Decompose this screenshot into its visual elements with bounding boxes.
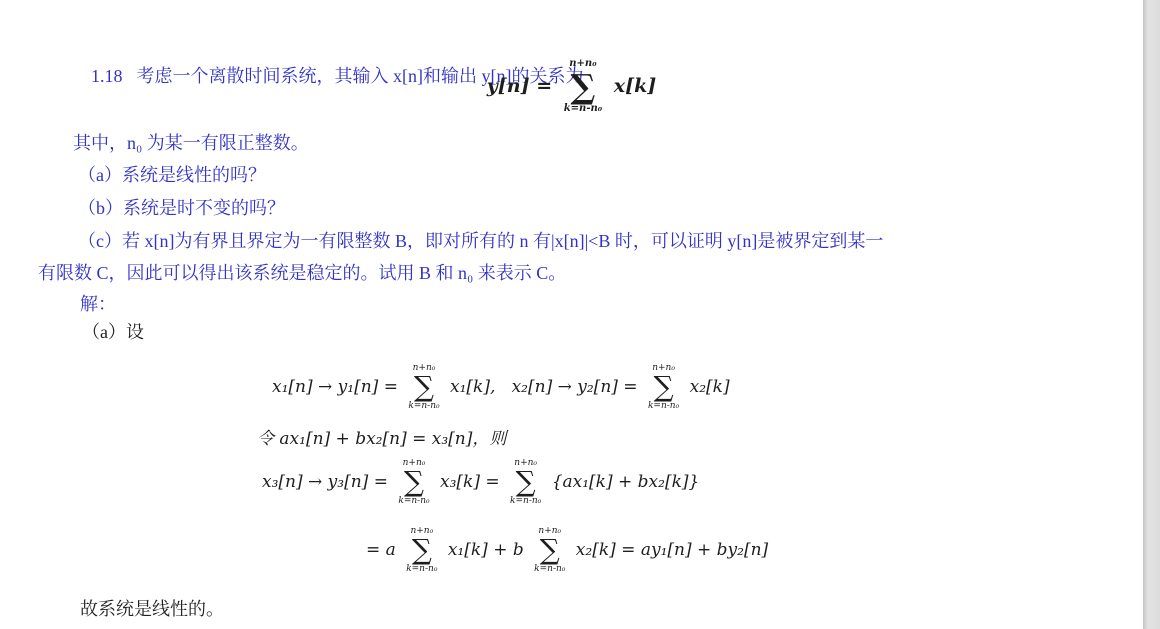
formula-text: x₂[k]	[684, 377, 729, 397]
sigma-glyph: ∑	[412, 536, 432, 564]
summation-symbol: n+n₀∑k=n-n₀	[534, 526, 565, 575]
formula-text: {ax₁[k] + bx₂[k]}	[546, 472, 699, 492]
formula-definition-row: y[n] = n+n₀∑k=n-n₀ x[k]	[0, 58, 1143, 114]
summation-symbol: n+n₀∑k=n-n₀	[408, 363, 439, 412]
summation-symbol: n+n₀∑k=n-n₀	[648, 363, 679, 412]
sum-lower-limit: k=n-n₀	[510, 496, 541, 506]
solution-label: 解：	[80, 292, 116, 316]
solution-conclusion: 故系统是线性的。	[80, 597, 224, 621]
sigma-glyph: ∑	[571, 70, 596, 103]
formula-text: x[k]	[607, 75, 656, 97]
summation-symbol: n+n₀∑k=n-n₀	[398, 458, 429, 507]
solution-step-a-label: （a）设	[82, 320, 144, 344]
formula-text: x₁[k] + b	[442, 540, 529, 560]
sum-lower-limit: k=n-n₀	[406, 564, 437, 574]
formula-text: x₁[n] → y₁[n] =	[272, 377, 403, 397]
document-page: 1.18考虑一个离散时间系统，其输入 x[n]和输出 y[n]的关系为 y[n]…	[0, 0, 1160, 629]
part-b-question: （b）系统是时不变的吗？	[78, 196, 285, 220]
sigma-glyph: ∑	[414, 373, 434, 401]
formula-text: x₁[k], x₂[n] → y₂[n] =	[445, 377, 643, 397]
sum-lower-limit: k=n-n₀	[534, 564, 565, 574]
summation-symbol: n+n₀∑k=n-n₀	[510, 458, 541, 507]
part-c-question-line1: （c）若 x[n]为有界且界定为一有限整数 B，即对所有的 n 有|x[n]|<…	[78, 229, 883, 253]
formula-text: x₃[n] → y₃[n] =	[262, 472, 393, 492]
sigma-glyph: ∑	[654, 373, 674, 401]
sum-lower-limit: k=n-n₀	[648, 401, 679, 411]
summation-symbol: n+n₀∑k=n-n₀	[564, 58, 602, 114]
sigma-glyph: ∑	[404, 468, 424, 496]
sigma-glyph: ∑	[540, 536, 560, 564]
formula-linear-combination: 令 ax₁[n] + bx₂[n] = x₃[n]，则	[257, 424, 506, 449]
sigma-glyph: ∑	[516, 468, 536, 496]
summation-symbol: n+n₀∑k=n-n₀	[406, 526, 437, 575]
formula-response-x3: x₃[n] → y₃[n] = n+n₀∑k=n-n₀ x₃[k] = n+n₀…	[262, 458, 699, 507]
formula-text: = a	[366, 540, 401, 560]
formula-superposition-result: = a n+n₀∑k=n-n₀ x₁[k] + b n+n₀∑k=n-n₀ x₂…	[366, 526, 768, 575]
sum-lower-limit: k=n-n₀	[398, 496, 429, 506]
scrollbar-track[interactable]	[1143, 0, 1160, 629]
part-a-question: （a）系统是线性的吗？	[78, 163, 266, 187]
formula-text: x₃[k] =	[435, 472, 505, 492]
part-c-question-line2: 有限数 C，因此可以得出该系统是稳定的。试用 B 和 n₀ 来表示 C。	[38, 261, 566, 285]
formula-text: 令 ax₁[n] + bx₂[n] = x₃[n]，则	[257, 424, 506, 449]
sum-lower-limit: k=n-n₀	[408, 401, 439, 411]
given-condition-text: 其中，n₀ 为某一有限正整数。	[73, 131, 309, 155]
formula-text: x₂[k] = ay₁[n] + by₂[n]	[570, 540, 768, 560]
sum-lower-limit: k=n-n₀	[564, 103, 602, 115]
formula-text: y[n] =	[487, 75, 559, 97]
formula-linearity-setup: x₁[n] → y₁[n] = n+n₀∑k=n-n₀ x₁[k], x₂[n]…	[272, 363, 730, 412]
formula-system-definition: y[n] = n+n₀∑k=n-n₀ x[k]	[487, 58, 656, 114]
